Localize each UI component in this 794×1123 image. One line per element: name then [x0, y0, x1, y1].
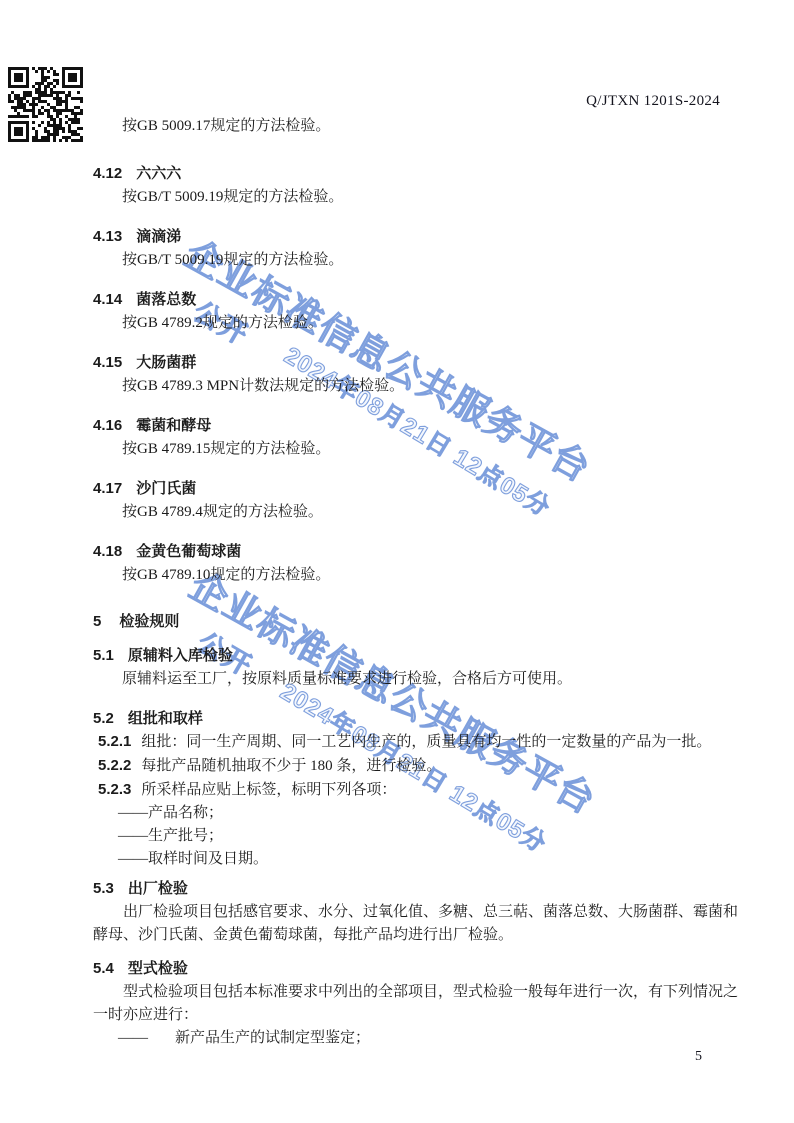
clause-number: 5.2.1 [98, 733, 131, 750]
dash-icon: —— [118, 828, 148, 844]
section-number: 5.2 [93, 710, 114, 727]
section-heading: 5.3出厂检验 [93, 877, 738, 900]
section-title: 检验规则 [119, 613, 179, 630]
section-heading: 5.1原辅料入库检验 [93, 644, 738, 667]
section-number: 4.16 [93, 417, 122, 434]
section-number: 4.13 [93, 228, 122, 245]
section-title: 六六六 [136, 165, 181, 182]
page-number: 5 [695, 1049, 702, 1065]
section-heading: 4.16霉菌和酵母 [93, 414, 738, 437]
section-number: 5 [93, 613, 101, 630]
clause-text: 组批：同一生产周期、同一工艺内生产的，质量具有均一性的一定数量的产品为一批。 [141, 734, 711, 750]
section-number: 4.12 [93, 165, 122, 182]
chapter-heading: 5检验规则 [93, 610, 738, 633]
document-page: Q/JTXN 1201S-2024 企业标准信息公共服务平台 公开 2024年0… [0, 0, 794, 1123]
section-heading: 5.2组批和取样 [93, 707, 738, 730]
clause-text: 每批产品随机抽取不少于 180 条，进行检验。 [141, 758, 441, 774]
dash-icon: —— [118, 805, 148, 821]
section-number: 5.1 [93, 647, 114, 664]
section-title: 出厂检验 [128, 880, 188, 897]
dash-list-item: ——取样时间及日期。 [93, 848, 738, 871]
clause-text: 按GB/T 5009.19规定的方法检验。 [93, 186, 738, 209]
clause-text: 原辅料运至工厂，按原料质量标准要求进行检验，合格后方可使用。 [93, 668, 738, 691]
document-content: 按GB 5009.17规定的方法检验。4.12六六六按GB/T 5009.19规… [93, 114, 738, 1050]
section-title: 滴滴涕 [136, 228, 181, 245]
paragraph-text: 出厂检验项目包括感官要求、水分、过氧化值、多糖、总三萜、菌落总数、大肠菌群、霉菌… [93, 901, 738, 947]
section-number: 4.15 [93, 354, 122, 371]
section-heading: 4.18金黄色葡萄球菌 [93, 540, 738, 563]
dash-list-item: ——生产批号； [93, 825, 738, 848]
numbered-clause: 5.2.2每批产品随机抽取不少于 180 条，进行检验。 [93, 754, 738, 778]
section-title: 原辅料入库检验 [128, 647, 233, 664]
list-item-text: 产品名称； [148, 805, 223, 821]
section-number: 4.14 [93, 291, 122, 308]
paragraph-text: 型式检验项目包括本标准要求中列出的全部项目，型式检验一般每年进行一次，有下列情况… [93, 981, 738, 1027]
dash-icon: —— [118, 1030, 148, 1046]
section-number: 4.18 [93, 543, 122, 560]
qr-code [8, 67, 83, 142]
qr-code-image [8, 67, 83, 142]
section-number: 5.3 [93, 880, 114, 897]
section-heading: 4.15大肠菌群 [93, 351, 738, 374]
section-title: 沙门氏菌 [136, 480, 196, 497]
list-item-text: 新产品生产的试制定型鉴定； [175, 1030, 370, 1046]
section-heading: 4.14菌落总数 [93, 288, 738, 311]
dash-list-item: ——新产品生产的试制定型鉴定； [93, 1027, 738, 1050]
section-title: 金黄色葡萄球菌 [136, 543, 241, 560]
section-title: 霉菌和酵母 [136, 417, 211, 434]
clause-number: 5.2.3 [98, 781, 131, 798]
clause-text: 按GB 4789.2规定的方法检验。 [93, 312, 738, 335]
clause-text: 按GB 5009.17规定的方法检验。 [93, 115, 738, 138]
section-title: 型式检验 [128, 960, 188, 977]
clause-number: 5.2.2 [98, 757, 131, 774]
section-title: 组批和取样 [128, 710, 203, 727]
numbered-clause: 5.2.1组批：同一生产周期、同一工艺内生产的，质量具有均一性的一定数量的产品为… [93, 730, 738, 754]
clause-text: 所采样品应贴上标签，标明下列各项： [141, 782, 396, 798]
clause-text: 按GB 4789.4规定的方法检验。 [93, 501, 738, 524]
section-number: 5.4 [93, 960, 114, 977]
numbered-clause: 5.2.3所采样品应贴上标签，标明下列各项： [93, 778, 738, 802]
section-number: 4.17 [93, 480, 122, 497]
dash-icon: —— [118, 851, 148, 867]
list-item-text: 生产批号； [148, 828, 223, 844]
list-item-text: 取样时间及日期。 [148, 851, 268, 867]
section-title: 菌落总数 [136, 291, 196, 308]
section-heading: 4.13滴滴涕 [93, 225, 738, 248]
clause-text: 按GB 4789.15规定的方法检验。 [93, 438, 738, 461]
doc-number: Q/JTXN 1201S-2024 [586, 93, 720, 110]
section-heading: 4.17沙门氏菌 [93, 477, 738, 500]
section-heading: 4.12六六六 [93, 162, 738, 185]
dash-list-item: ——产品名称； [93, 802, 738, 825]
clause-text: 按GB 4789.3 MPN计数法规定的方法检验。 [93, 375, 738, 398]
section-title: 大肠菌群 [136, 354, 196, 371]
clause-text: 按GB/T 5009.19规定的方法检验。 [93, 249, 738, 272]
section-heading: 5.4型式检验 [93, 957, 738, 980]
clause-text: 按GB 4789.10规定的方法检验。 [93, 564, 738, 587]
